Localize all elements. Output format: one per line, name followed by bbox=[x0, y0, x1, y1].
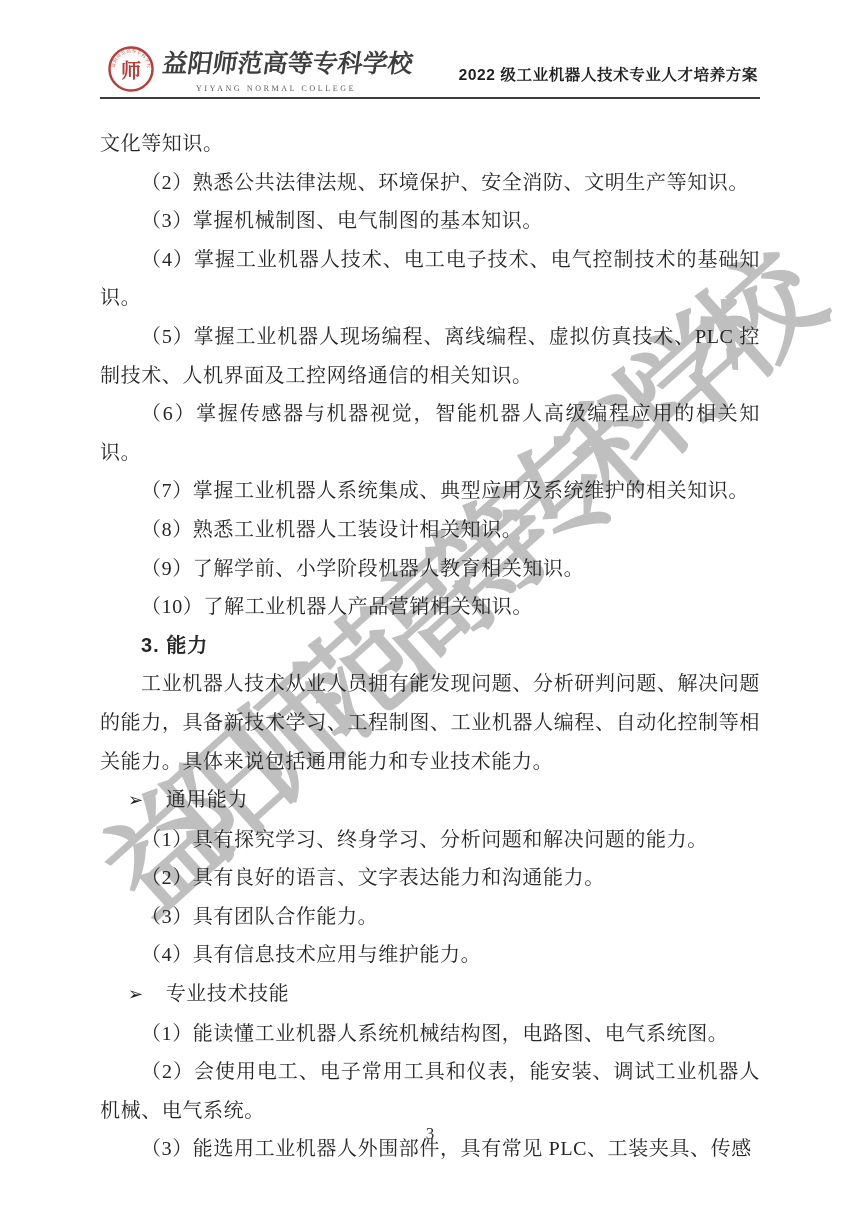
list-item: （8）熟悉工业机器人工装设计相关知识。 bbox=[100, 511, 760, 550]
bullet-item: ➢通用能力 bbox=[100, 781, 760, 821]
list-item: （9）了解学前、小学阶段机器人教育相关知识。 bbox=[100, 550, 760, 589]
list-item: （5）掌握工业机器人现场编程、离线编程、虚拟仿真技术、PLC 控制技术、人机界面… bbox=[100, 318, 760, 395]
list-item: （4）具有信息技术应用与维护能力。 bbox=[100, 936, 760, 975]
bullet-label: 专业技术技能 bbox=[166, 983, 290, 1005]
paragraph: 工业机器人技术从业人员拥有能发现问题、分析研判问题、解决问题的能力，具备新技术学… bbox=[100, 665, 760, 781]
list-item: （7）掌握工业机器人系统集成、典型应用及系统维护的相关知识。 bbox=[100, 472, 760, 511]
document-page: 益阳师范高等专科学校 益阳师范高等专科学校 师 益阳师范高等专科学校 YIYAN… bbox=[0, 0, 860, 1216]
list-item: （2）熟悉公共法律法规、环境保护、安全消防、文明生产等知识。 bbox=[100, 164, 760, 203]
bullet-label: 通用能力 bbox=[166, 789, 248, 811]
arrow-bullet-icon: ➢ bbox=[128, 790, 144, 811]
school-seal-icon: 益阳师范高等专科学校 师 bbox=[106, 44, 156, 94]
arrow-bullet-icon: ➢ bbox=[128, 984, 144, 1005]
page-number: 3 bbox=[0, 1124, 860, 1144]
svg-text:师: 师 bbox=[121, 59, 141, 83]
section-heading: 3. 能力 bbox=[100, 627, 760, 666]
list-item: （3）掌握机械制图、电气制图的基本知识。 bbox=[100, 202, 760, 241]
list-item: （1）具有探究学习、终身学习、分析问题和解决问题的能力。 bbox=[100, 821, 760, 860]
header-rule bbox=[100, 97, 760, 99]
document-body: 文化等知识。 （2）熟悉公共法律法规、环境保护、安全消防、文明生产等知识。 （3… bbox=[100, 125, 760, 1169]
list-item: （10）了解工业机器人产品营销相关知识。 bbox=[100, 588, 760, 627]
school-name-calligraphy: 益阳师范高等专科学校 bbox=[160, 44, 415, 80]
doc-title: 2022 级工业机器人技术专业人才培养方案 bbox=[459, 63, 758, 85]
paragraph-continuation: 文化等知识。 bbox=[100, 125, 760, 164]
list-item: （3）具有团队合作能力。 bbox=[100, 898, 760, 937]
list-item: （4）掌握工业机器人技术、电工电子技术、电气控制技术的基础知识。 bbox=[100, 241, 760, 318]
school-name-english: YIYANG NORMAL COLLEGE bbox=[196, 84, 356, 93]
list-item: （2）具有良好的语言、文字表达能力和沟通能力。 bbox=[100, 859, 760, 898]
page-header: 益阳师范高等专科学校 师 益阳师范高等专科学校 YIYANG NORMAL CO… bbox=[0, 0, 860, 100]
bullet-item: ➢专业技术技能 bbox=[100, 975, 760, 1015]
list-item: （6）掌握传感器与机器视觉，智能机器人高级编程应用的相关知识。 bbox=[100, 395, 760, 472]
list-item: （1）能读懂工业机器人系统机械结构图，电路图、电气系统图。 bbox=[100, 1015, 760, 1054]
list-item: （2）会使用电工、电子常用工具和仪表，能安装、调试工业机器人机械、电气系统。 bbox=[100, 1053, 760, 1130]
